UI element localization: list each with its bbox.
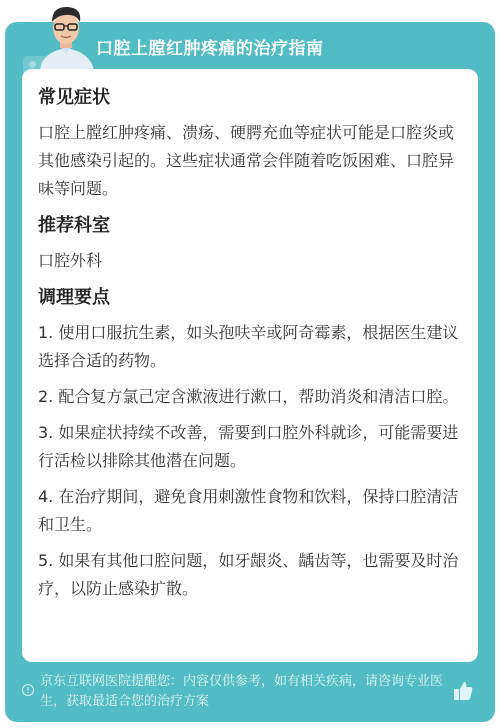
section-title: 推荐科室 [38,211,462,241]
section-department: 推荐科室 口腔外科 [38,211,462,275]
list-item: 4. 在治疗期间，避免食用刺激性食物和饮料，保持口腔清洁和卫生。 [38,483,462,539]
section-title: 常见症状 [38,83,462,113]
list-item: 1. 使用口服抗生素，如头孢呋辛或阿奇霉素，根据医生建议选择合适的药物。 [38,319,462,375]
doctor-avatar [30,2,102,70]
section-body: 口腔外科 [38,247,462,275]
list-item: 2. 配合复方氯己定含漱液进行漱口，帮助消炎和清洁口腔。 [38,383,462,411]
section-symptoms: 常见症状 口腔上膛红肿疼痛、溃疡、硬腭充血等症状可能是口腔炎或其他感染引起的。这… [38,83,462,203]
section-body: 口腔上膛红肿疼痛、溃疡、硬腭充血等症状可能是口腔炎或其他感染引起的。这些症状通常… [38,119,462,203]
disclaimer-text: 京东互联网医院提醒您：内容仅供参考，如有相关疾病，请咨询专业医生，获取最适合您的… [40,672,462,712]
disclaimer: ! 京东互联网医院提醒您：内容仅供参考，如有相关疾病，请咨询专业医生，获取最适合… [22,672,462,712]
thumbs-up-icon[interactable] [452,680,474,702]
content-card: 常见症状 口腔上膛红肿疼痛、溃疡、硬腭充血等症状可能是口腔炎或其他感染引起的。这… [22,69,478,662]
info-icon: ! [22,684,34,696]
page-title: 口腔上膛红肿疼痛的治疗指南 [96,34,324,59]
section-title: 调理要点 [38,283,462,313]
list-item: 5. 如果有其他口腔问题，如牙龈炎、龋齿等，也需要及时治疗，以防止感染扩散。 [38,547,462,603]
list-item: 3. 如果症状持续不改善，需要到口腔外科就诊，可能需要进行活检以排除其他潜在问题… [38,419,462,475]
section-care-tips: 调理要点 1. 使用口服抗生素，如头孢呋辛或阿奇霉素，根据医生建议选择合适的药物… [38,283,462,603]
